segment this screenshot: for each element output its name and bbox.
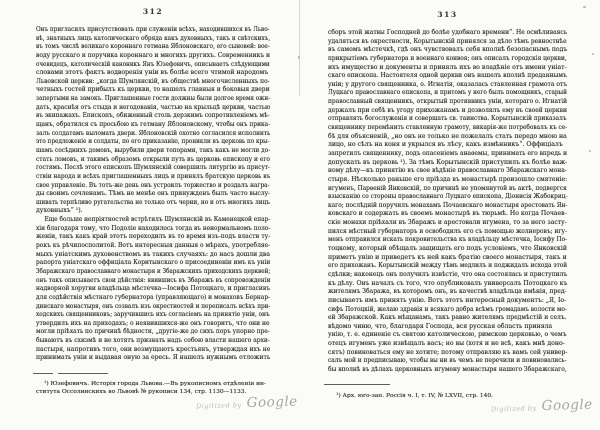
text-line: отецъ игуменъ уже извѣщалъ васъ; но вы (… [328,340,567,349]
text-line: Збаражскаго православнаго монастыря и Зб… [36,268,249,277]
text-line: сдѣлки; наконецъ онъ получилъ извѣстіе, … [328,271,558,280]
text-line: въ томъ числѣ великаго короннаго гетмана… [36,43,253,52]
text-line: Луцкаго православнаго епископа, и притом… [328,89,550,98]
text-line: динскаго монастыря, онъ созвалъ изъ окре… [36,303,252,312]
text-line: залъ солдатамъ выломать двери. Яблоновск… [36,130,255,139]
text-line: рокъ къ рѣчипосполитой. Вотъ интересныя … [36,242,260,251]
text-line: пастыря, напротивъ того, они возмущаютъ … [36,346,265,355]
google-watermark: Digitized by Google [196,391,298,413]
scanned-page-right: 313 сборъ этой жатвы Господней до болѣе … [328,0,567,430]
text-line: жителямъ Збаража, въ которомъ онъ, въ ка… [328,288,559,297]
footnote-rule [33,373,53,374]
text-line: духовныхъ“ ¹). [36,207,270,216]
text-line: бы вполнѣ въ дѣлахъ церковныхъ игумену м… [328,366,557,375]
text-line: ному дѣлу—къ принятію въ свое вѣдѣніе пр… [328,167,558,176]
text-line: могли пріѣхать по причинѣ бѣдности, „дру… [36,328,259,337]
text-line: каго; послѣдній поручилъ монахамъ Почаев… [328,202,555,211]
text-line: уніи; у другого священника, о. Игнатія, … [328,81,560,90]
text-line: лицо, но сѣлъ на коня и укрылся въ лѣсу,… [328,141,567,150]
text-line: утвердилъ ихъ на приходахъ; о неявившихс… [36,320,261,329]
page-number-left: 312 [36,7,270,16]
text-line: это предложеніе и солдаты, по его приказ… [36,138,251,147]
text-line: пился мѣстный губернаторъ и освободилъ е… [328,228,557,237]
text-line: онъ такъ описываетъ свои дѣйствія: явивш… [36,277,253,286]
text-line: скаго епископа. Настоятеля одной церкви … [328,72,557,81]
text-line: свое управленіе. Въ тотъ-же день онъ уст… [36,182,255,191]
text-line: его прихожанъ. Корытынскій между тѣмъ ме… [328,262,553,271]
footnote-rule [58,373,108,374]
text-line: хіи благодаря тому, что Подоліе находило… [36,225,257,234]
text-line: мыхъ уніатскимъ духовенствомъ въ такихъ … [36,251,266,260]
text-line: тоцкому, который обѣщалъ защищать его по… [328,245,566,254]
text-line: скіе монахи пріѣхали въ Збаражъ и аресто… [328,219,563,228]
text-line: принимать уніи и выдавая оную за ересь. … [36,354,267,363]
text-line: Еще больше непріятностей встрѣтилъ Шумля… [36,216,257,225]
text-line: ходскихъ священниковъ; заручившись ихъ с… [36,311,254,320]
text-line: рапорта уніатскаго оффиціала Коритынскаг… [36,259,259,268]
text-line: гостямъ. Послѣ этого епископъ Шумлянскій… [36,164,253,173]
watermark-word: Google [246,394,297,411]
text-line: вѣ, знатныхъ лицъ католическаго обряда к… [36,35,254,44]
page-fold-mark [298,56,300,59]
google-watermark: Digitized by Google [491,394,593,416]
scan-speck [583,6,586,8]
page-number-right: 313 [328,10,567,19]
text-line: православный священникъ, открытый против… [328,98,556,107]
text-line: прикрытіемъ губернатора и военнаго конво… [328,55,553,64]
text-line: въ самомъ мѣстечкѣ, гдѣ онъ чувствовалъ … [328,46,564,55]
text-line: менъ отправился искать покровительства к… [328,236,552,245]
text-line: приметъ унію и приведетъ къ ней какъ бра… [328,254,567,263]
text-line: писываетъ имъ принять унію. Вотъ этотъ и… [328,297,567,306]
footnote-line: ¹) Юзефовичъ. Исторія города Львова.—Въ … [36,380,270,388]
text-line: взысканію со стороны православнаго Луцка… [328,193,552,202]
text-line: стать ломовъ, и такимъ образомъ открыли … [36,156,259,165]
page-body-text-left: Онъ пригласилъ присутствовать при служен… [36,26,270,363]
text-line: шамъ сосѣднихъ домовъ, вырубили двери то… [36,147,256,156]
page-fold-line [299,0,300,96]
text-line: стыря. Нѣсколько раньше его пріѣзда въ м… [328,176,563,185]
text-line: ды своимъ сочленамъ. Тѣмъ не менѣе онъ п… [36,190,261,199]
text-line: удаляться въ окрестности, Корытынскій пр… [328,38,556,47]
text-line: къ дѣлу. Онъ началъ съ того, что опублик… [328,280,564,289]
text-line: женіи, такъ какъ край этотъ переходилъ в… [36,233,264,242]
text-line: ихъ имущество и документы и принялъ ихъ … [328,64,566,73]
text-line: дать, краснѣя отъ стыда и негодованія, ч… [36,104,259,113]
scan-speck [589,150,591,152]
text-line: для содѣйствія мѣстнаго губернатора (упр… [36,294,259,303]
text-line: сборъ этой жатвы Господней до болѣе удоб… [328,29,559,38]
text-line: запретилъ священнику, подъ опасеніемъ ан… [328,150,558,159]
text-line: бѣ для объясненій, „но онъ не только не … [328,133,565,142]
text-line: отправлять богослуженія и совершать св. … [328,115,554,124]
footnote-rule [324,384,390,385]
text-line: очевидецъ, католическій каноникъ Янъ Юзе… [36,61,247,70]
text-line: воду русскаго и поручика короннаго и мно… [36,52,261,61]
text-line: бываютъ въ схизмѣ и не хотятъ признать н… [36,337,260,346]
text-line: сифъ Потоцкій, желаю здравія и всякаго д… [328,306,552,315]
text-line: ствіи народа и всѣхъ приглашенныхъ лицъ … [36,173,258,182]
scan-speck [592,53,594,55]
book-scan: 312 Онъ пригласилъ присутствовать при сл… [0,0,600,430]
watermark-word: Google [541,397,592,414]
text-line: сятъ) повиноваться ему не хотите; потому… [328,349,562,358]
scanned-page-left: 312 Онъ пригласилъ присутствовать при сл… [36,0,270,430]
text-line: игуменъ, Парѳеній Янковскій, по причинѣ … [328,185,553,194]
text-line: держалъ при себѣ въ угоду прихожанамъ и … [328,107,559,116]
text-line: ей Збаражской. Какъ мѣщанамъ, такъ равно… [328,314,560,323]
page-body-text-right: сборъ этой жатвы Господней до болѣе удоб… [328,29,567,375]
text-line: Онъ пригласилъ присутствовать при служен… [36,26,252,35]
text-line: Львовской церкви: „когда Шумлянскій, въ … [36,78,259,87]
text-line: надворной хоругви владѣльца мѣстечка—Іос… [36,285,260,294]
text-line: въ экипажахъ. Епископъ, обиженный столь … [36,112,257,121]
text-line: унію, т. е. единеніе съ святою католичес… [328,331,566,340]
text-line: вѣдомо чиню, что, благодаря Господа, вся… [328,323,567,332]
watermark-prefix: Digitized by [491,404,537,413]
text-line: ковскаго и содержать въ своемъ монастырѣ… [328,210,564,219]
text-line: допускать въ церковь ¹). За тѣмъ Корытын… [328,159,566,168]
text-line: шивать терпѣливо ругательства не только … [36,199,253,208]
text-line: салъ мой и предписываю, чтобы вы ни въ ч… [328,357,553,366]
text-line: запертыми на замокъ. Приглашенные гости … [36,95,250,104]
text-line: щанъ, обратился съ просьбою къ гетману Я… [36,121,258,130]
text-line: четныхъ гостей прибылъ къ церкви, то наш… [36,86,263,95]
watermark-prefix: Digitized by [196,401,242,410]
text-line: священнику перемѣнить ставленную грамоту… [328,124,552,133]
text-line: словами этотъ фактъ водворенія уніи въ б… [36,69,270,78]
